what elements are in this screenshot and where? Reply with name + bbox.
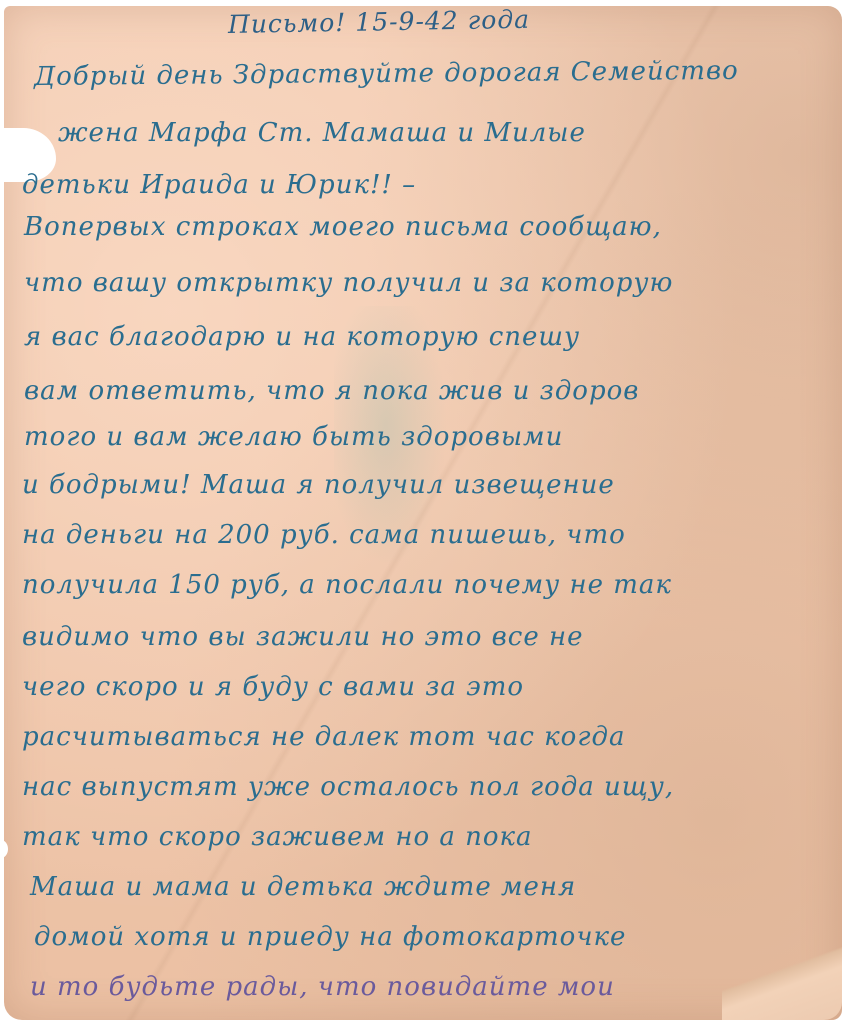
letter-line: вам ответить, что я пока жив и здоров bbox=[24, 376, 639, 406]
letter-heading: Письмо! 15-9-42 года bbox=[228, 5, 531, 39]
letter-line: и то будьте рады, что повидайте мои bbox=[30, 972, 615, 1002]
letter-line: жена Марфа Ст. Мамаша и Милые bbox=[58, 118, 586, 148]
letter-line: расчитываться не далек тот час когда bbox=[22, 722, 625, 752]
folded-corner bbox=[722, 930, 842, 1020]
letter-line: чего скоро и я буду с вами за это bbox=[22, 672, 524, 702]
letter-line: нас выпустят уже осталось пол года ищу, bbox=[22, 772, 674, 802]
letter-line: детьки Ираида и Юрик!! – bbox=[22, 170, 416, 200]
letter-line: получила 150 руб, а послали почему не та… bbox=[22, 570, 672, 600]
letter-line: Маша и мама и детька ждите меня bbox=[30, 872, 576, 902]
letter-line: так что скоро заживем но а пока bbox=[22, 822, 533, 852]
letter-line: на деньги на 200 руб. сама пишешь, что bbox=[22, 520, 626, 550]
letter-line: домой хотя и приеду на фотокарточке bbox=[34, 922, 626, 952]
letter-line: что вашу открытку получил и за которую bbox=[24, 268, 673, 298]
letter-line: видимо что вы зажили но это все не bbox=[22, 622, 583, 652]
letter-line: я вас благодарю и на которую спешу bbox=[24, 322, 580, 352]
letter-paper bbox=[4, 6, 842, 1020]
letter-line: и бодрыми! Маша я получил извещение bbox=[22, 470, 615, 500]
letter-line: того и вам желаю быть здоровыми bbox=[24, 422, 563, 452]
letter-line: Вопервых строках моего письма сообщаю, bbox=[24, 212, 662, 242]
paper-crease bbox=[4, 6, 842, 1020]
letter-line: Добрый день Здраствуйте дорогая Семейств… bbox=[34, 56, 739, 92]
